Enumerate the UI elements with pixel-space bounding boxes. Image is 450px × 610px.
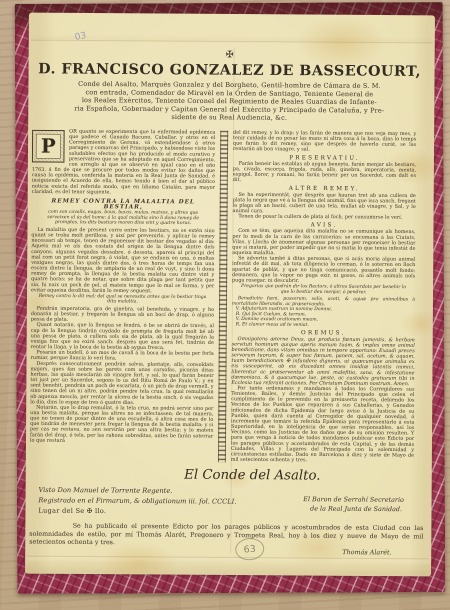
text-block: Notarán, que lo drap remullat, ó la tela… xyxy=(30,405,213,445)
text-block: R. Et clamor meus ad te veniat. xyxy=(232,322,415,328)
publication-note: Se ha publicado el presente Edicto por l… xyxy=(29,522,423,549)
text-block: Por tanto ordenamos y mandamos á todos l… xyxy=(231,385,415,463)
right-column: del dit remey, y lo drap; y las farán de… xyxy=(231,130,417,464)
drop-cap-letter: P xyxy=(41,136,56,156)
footer-section: El Conde del Asalto. Visto Don Manuel de… xyxy=(29,466,424,557)
text-block: Remey contra lo dit mal; del qual se nec… xyxy=(38,293,207,305)
left-column-blocks: REMEY CONTRA LA MALALTIA DEL BESTIAR,com… xyxy=(30,198,215,445)
maltese-cross-icon: ✠ xyxy=(33,49,427,61)
secretary-signature: El Baron de Serrahí Secretario de la Rea… xyxy=(303,487,423,519)
text-block: Farán beneir las establas ab aygua beney… xyxy=(233,161,416,184)
ornamental-column-divider xyxy=(218,131,228,463)
text-block: Pregarias que podrán dir los Rectors, ó … xyxy=(239,284,408,296)
document-title: D. FRANCISCO GONZALEZ DE BASSECOURT, xyxy=(33,60,427,79)
top-crease xyxy=(31,40,433,44)
drop-cap-frame: P xyxy=(32,130,65,163)
text-block: Tenen de posar la cullera de plata al fo… xyxy=(232,214,415,221)
legal-notes: Visto Don Manuel de Torrente Regente. Re… xyxy=(29,485,236,517)
seal-place-line: Lugar del Se ✠ llo. xyxy=(38,506,236,518)
crier-signature: Thomás Alarét. xyxy=(29,547,423,557)
text-block: Omnipotens æterne Deus, qui producis fœn… xyxy=(231,336,415,387)
text-block: Pendrán imperatoria, gra de ginebra, sal… xyxy=(31,306,214,324)
secretary-title: de la Real Junta de Sanidad. xyxy=(303,504,404,514)
text-block: La malaltia que de present corre entre l… xyxy=(31,227,215,294)
two-column-body: POR quanto se experimenta que la enferme… xyxy=(30,128,426,463)
text-block: del dit remey, y lo drap; y las farán de… xyxy=(233,130,416,153)
photo-scene: ✠ D. FRANCISCO GONZALEZ DE BASSECOURT, C… xyxy=(0,0,450,610)
text-block: Com se tém, que aqueixa dita malaltia no… xyxy=(232,228,415,257)
right-column-blocks: del dit remey, y lo drap; y las farán de… xyxy=(231,130,417,464)
governor-signature: El Conde del Asalto. xyxy=(30,466,424,484)
edict-document-sheet: ✠ D. FRANCISCO GONZALEZ DE BASSECOURT, C… xyxy=(25,13,435,577)
text-block: Desprès consecutivament pendrán salvia, … xyxy=(30,361,214,406)
title-attributions: Conde del Asalto, Marquès Gonzalez y del… xyxy=(32,80,426,124)
text-block: Se ha experimentát, que desprès que haur… xyxy=(233,192,416,215)
opening-paragraph: POR quanto se experimenta que la enferme… xyxy=(32,128,216,195)
left-column: POR quanto se experimenta que la enferme… xyxy=(30,128,216,462)
text-block: Quant notarán, que la llengua se fendrá,… xyxy=(31,322,214,351)
pencil-mark-top-left: 03 xyxy=(74,31,87,43)
text-block: com son cavalls, eugas, bous, bacas, mul… xyxy=(38,209,208,226)
text-block: Se advertix també á ditas personas, que … xyxy=(232,256,415,285)
footer-row: Visto Don Manuel de Torrente Regente. Re… xyxy=(29,485,423,519)
printed-content: ✠ D. FRANCISCO GONZALEZ DE BASSECOURT, C… xyxy=(29,49,427,579)
drop-cap-inner-frame: P xyxy=(36,134,61,159)
